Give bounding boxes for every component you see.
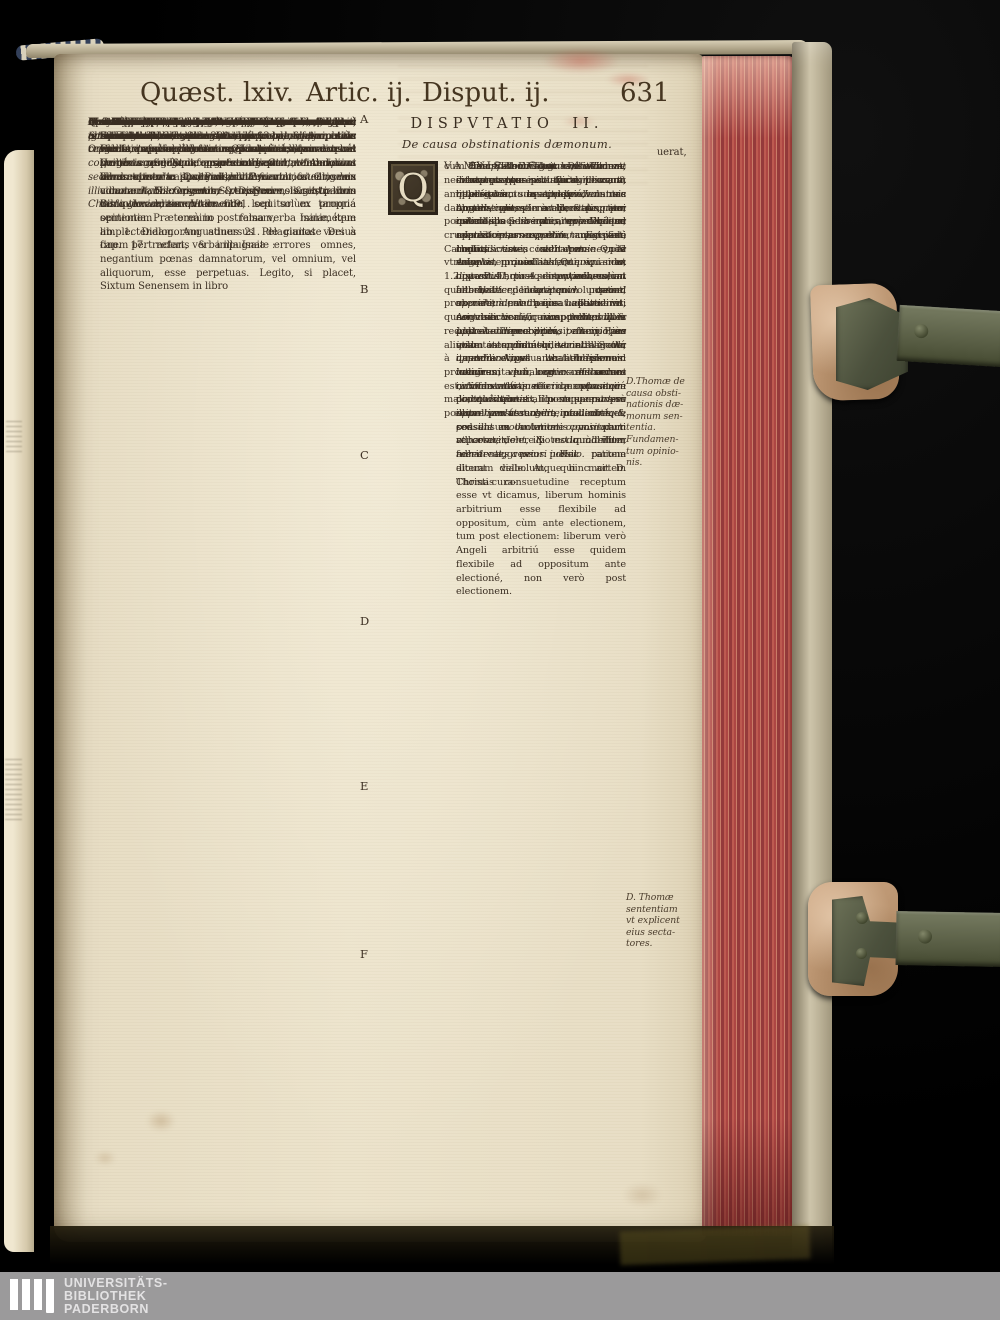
library-logo-icon (22, 1279, 30, 1310)
foxing-spot (146, 1110, 176, 1132)
cover-corner (619, 1225, 810, 1266)
clasp-metal-strap-bottom (896, 911, 1000, 967)
margin-note-line: tum opinio- (626, 446, 704, 458)
page-number: 631 (620, 78, 670, 108)
catchword: uerat, (657, 147, 687, 158)
margin-note-line: D.Thomæ de (626, 376, 704, 388)
gutter-letter-A: A (360, 112, 380, 126)
margin-note-line: D. Thomæ (626, 892, 704, 904)
margin-note-line: vt explicent (626, 915, 704, 927)
disputation-subheading: De causa obstinationis dæmonum. (388, 138, 626, 152)
library-logo-text: UNIVERSITÄTS-BIBLIOTHEKPADERBORN (64, 1277, 168, 1316)
gutter-letter-B: B (360, 282, 380, 296)
right-text-column: DISPVTATIO II. De causa obstinationis dæ… (388, 116, 626, 216)
margin-note: D.Thomæ decausa obsti-nationis dæ-monum … (626, 376, 704, 469)
library-logo-icon (46, 1279, 54, 1310)
margin-note-line: eius secta- (626, 927, 704, 939)
margin-note-line: Fundamen- (626, 434, 704, 446)
clasp-metal-strap-top (896, 305, 1000, 367)
disputation-heading: DISPVTATIO II. (388, 118, 626, 132)
margin-note-line: nationis dæ- (626, 399, 704, 411)
foxing-spot (94, 1150, 116, 1166)
fore-edge-pages (702, 56, 796, 1236)
gutter-letter-D: D (360, 614, 380, 628)
margin-note: D. Thomæsententiamvt explicenteius secta… (626, 892, 704, 950)
signature-mark: Ggg 4 (528, 160, 582, 172)
gutter-letter-C: C (360, 448, 380, 462)
left-text-column: Matth. 25. Discedite à me maledicti in i… (88, 116, 356, 199)
gutter-letter-F: F (360, 947, 380, 961)
red-stain (542, 48, 620, 74)
rivet (914, 324, 929, 339)
gutter-letter-E: E (360, 779, 380, 793)
rivet (856, 912, 868, 924)
edge-text-fragment (6, 418, 22, 452)
header-quaestio: Quæst. lxiv. (140, 78, 294, 108)
running-header: Quæst. lxiv. Artic. ij. Disput. ij. 631 (54, 78, 706, 114)
margin-note-line: tores. (626, 938, 704, 950)
edge-text-fragment (5, 758, 22, 820)
facing-page-edge (4, 150, 34, 1252)
foxing-spot (622, 1182, 662, 1208)
library-logo-icon (34, 1279, 42, 1310)
margin-note-line: tentia. (626, 422, 704, 434)
margin-note-line: monum sen- (626, 411, 704, 423)
rivet (918, 929, 932, 943)
margin-note-line: sententiam (626, 904, 704, 916)
library-logo-icon (46, 1307, 54, 1313)
book-page: Quæst. lxiv. Artic. ij. Disput. ij. 631 … (54, 54, 706, 1242)
header-articulus: Artic. ij. (306, 78, 412, 108)
library-logo-icon (10, 1279, 18, 1310)
margin-note-line: causa obsti- (626, 388, 704, 400)
rivet (856, 948, 867, 959)
dropcap-initial: Q (388, 161, 438, 215)
book-scan-background: Quæst. lxiv. Artic. ij. Disput. ij. 631 … (0, 0, 1000, 1320)
library-logo-bar: UNIVERSITÄTS-BIBLIOTHEKPADERBORN (0, 1272, 1000, 1320)
margin-note-line: nis. (626, 457, 704, 469)
cover-board (792, 42, 832, 1268)
header-disputatio: Disput. ij. (422, 78, 550, 108)
